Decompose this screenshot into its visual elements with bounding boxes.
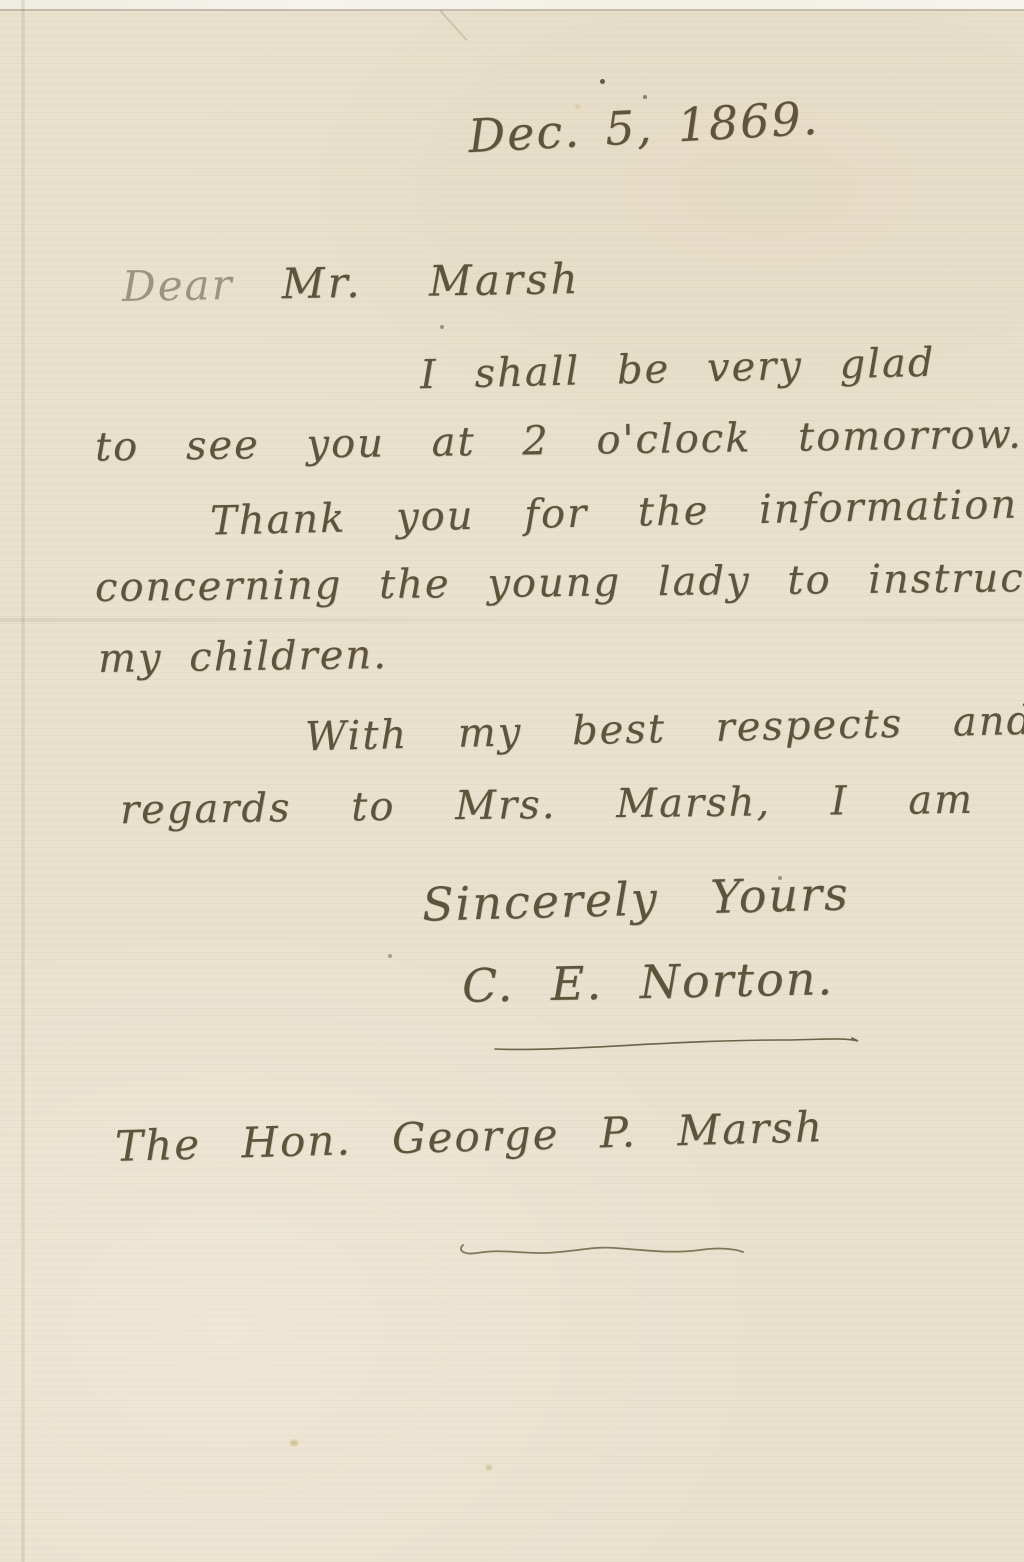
ink-speck [600, 79, 605, 84]
horizontal-fold-crease [0, 618, 1024, 622]
addressee-flourish [455, 1235, 750, 1263]
salutation-line: Dear Mr. Marsh [122, 254, 581, 311]
foxing-spot [486, 1465, 492, 1470]
body-line-4: concerning the young lady to instruct [95, 555, 1024, 611]
body-line-1: I shall be very glad [420, 340, 936, 399]
salutation-opening-word: Dear [122, 260, 234, 311]
body-line-2: to see you at 2 o'clock tomorrow. [95, 412, 1023, 471]
ink-speck [440, 325, 444, 329]
foxing-spot [575, 104, 580, 109]
signature-flourish [492, 1034, 864, 1056]
salutation-recipient: Mr. Marsh [281, 254, 581, 308]
foxing-spot [290, 1440, 298, 1446]
paper-top-fold-notch [440, 10, 468, 41]
paper-top-edge [0, 0, 1024, 11]
body-line-6: With my best respects and [305, 698, 1024, 761]
ink-speck [388, 954, 392, 958]
letter-page: Dec. 5, 1869. Dear Mr. Marsh I shall be … [0, 0, 1024, 1562]
letter-date: Dec. 5, 1869. [467, 91, 821, 163]
addressee-line: The Hon. George P. Marsh [114, 1102, 824, 1171]
vertical-fold-crease [21, 0, 28, 1562]
signature-name: C. E. Norton. [461, 951, 834, 1013]
body-line-5: my children. [98, 632, 388, 682]
body-line-7: regards to Mrs. Marsh, I am [120, 777, 975, 833]
body-line-3: Thank you for the information [210, 482, 1019, 545]
ink-speck [643, 95, 647, 99]
closing-line: Sincerely Yours [421, 866, 850, 931]
ink-speck [778, 876, 782, 880]
